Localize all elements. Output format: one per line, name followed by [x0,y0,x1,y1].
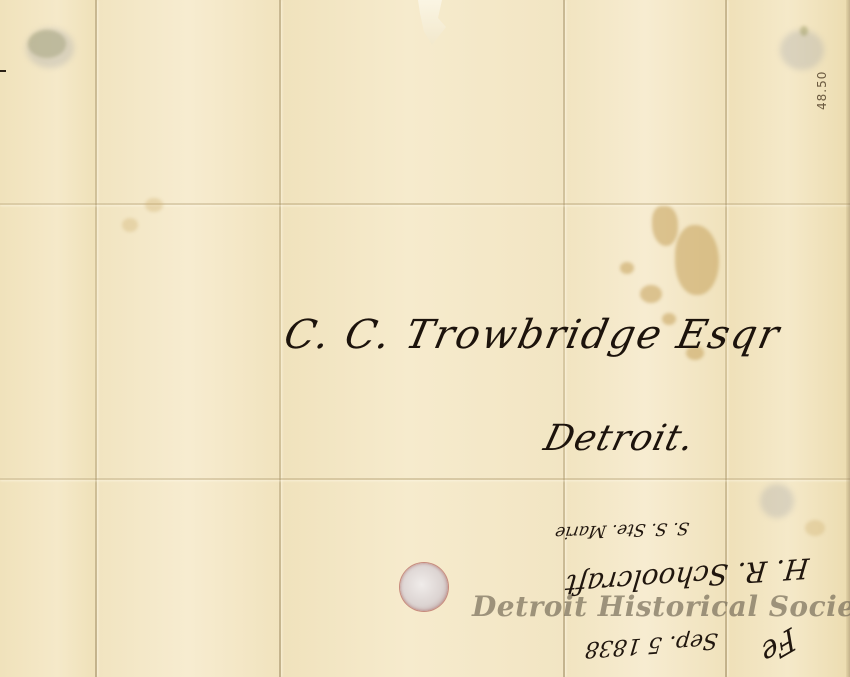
addressee-name: C. C. Trowbridge Esqr [280,312,785,358]
stain [640,285,662,303]
stain [26,28,74,68]
fold-panel-2 [96,0,280,677]
stain [620,262,634,274]
stain [122,218,138,232]
stain [780,30,824,70]
stain [760,484,794,518]
vertical-fold-line [95,0,97,677]
stain [652,206,678,246]
fold-panel-1 [0,0,96,677]
letter-sheet: 48.50 C. C. Trowbridge Esqr Detroit. S. … [0,0,850,677]
ink-mark [0,70,6,72]
catalog-number: 48.50 [815,71,829,110]
horizontal-fold-line [0,203,850,205]
stain [805,520,825,536]
vertical-fold-line [279,0,281,677]
address-city: Detroit. [540,418,699,459]
stain [675,225,719,295]
horizontal-fold-line [0,478,850,480]
watermark: Detroit Historical Society [472,590,850,623]
stain [145,198,163,212]
wax-seal [400,563,448,611]
stain [800,26,808,36]
paper-edge [846,0,850,677]
